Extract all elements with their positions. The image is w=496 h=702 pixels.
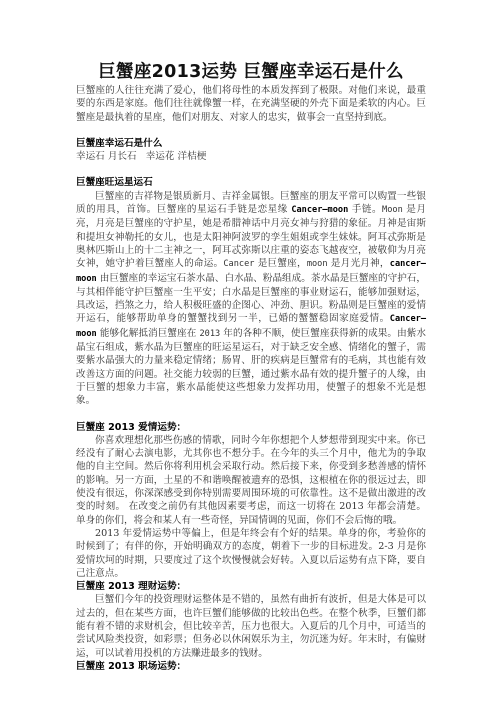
love-paragraph-2: 2013 年爱情运势中等偏上，但是年终会有个好的结果。单身的你，考验你的时候到了… <box>76 527 426 580</box>
section-heading-lucky: 巨蟹座幸运石是什么 <box>76 137 426 150</box>
intro-paragraph: 巨蟹座的人往往充满了爱心，他们将母性的本质发挥到了极限。对他们来说，最重要的东西… <box>76 84 426 124</box>
spacer <box>76 408 426 421</box>
text-run: 2013 <box>199 329 220 339</box>
text-run: 由巨蟹座的幸运宝石茶水晶、白水晶、粉晶组成。茶水晶是巨蟹座的守护石，与其相伴能守… <box>76 273 426 325</box>
text-run: Moon <box>382 205 403 215</box>
page-title: 巨蟹座2013运势 巨蟹座幸运石是什么 <box>76 62 426 82</box>
section-heading-career: 巨蟹座 2013 职场运势： <box>76 660 426 673</box>
section-heading-finance: 巨蟹座 2013 理财运势： <box>76 580 426 593</box>
spacer <box>76 124 426 137</box>
text-run: 手链。 <box>348 204 382 215</box>
lucky-items: 幸运石 月长石 幸运花 洋桔梗 <box>76 150 426 163</box>
text-run: 年的各种不顺，使巨蟹座获得新的成果。由紫水晶宝石组成，紫水晶为巨蟹座的旺运星运石… <box>76 328 426 406</box>
text-run: Cancer <box>223 259 254 269</box>
lucky-flower: 幸运花 洋桔梗 <box>146 151 207 162</box>
finance-paragraph: 巨蟹们今年的投资理财运整体是不错的，虽然有曲折有波折，但是大体是可以过去的，但在… <box>76 593 426 659</box>
section-heading-love: 巨蟹座 2013 爱情运势： <box>76 421 426 434</box>
love-paragraph-1: 你喜欢理想化那些伤感的情歌，同时今年你想把个人梦想带到现实中来。你已经没有了耐心… <box>76 434 426 527</box>
text-run: moon <box>307 259 328 269</box>
spacer <box>76 163 426 176</box>
stone-paragraph: 巨蟹座的吉祥物是银质新月、吉祥金属银。巨蟹座的朋友平常可以购置一些银质的用具，首… <box>76 190 426 408</box>
text-run: 是巨蟹座， <box>254 258 306 269</box>
document-page: 巨蟹座2013运势 巨蟹座幸运石是什么 巨蟹座的人往往充满了爱心，他们将母性的本… <box>76 62 426 673</box>
text-run: 能够化解抵消巨蟹座在 <box>97 328 200 339</box>
lucky-stone: 幸运石 月长石 <box>76 151 137 162</box>
section-heading-stone: 巨蟹座旺运星运石 <box>76 176 426 189</box>
brand-name: Cancer—moon <box>291 205 348 215</box>
text-run: 是月光月神， <box>328 258 390 269</box>
